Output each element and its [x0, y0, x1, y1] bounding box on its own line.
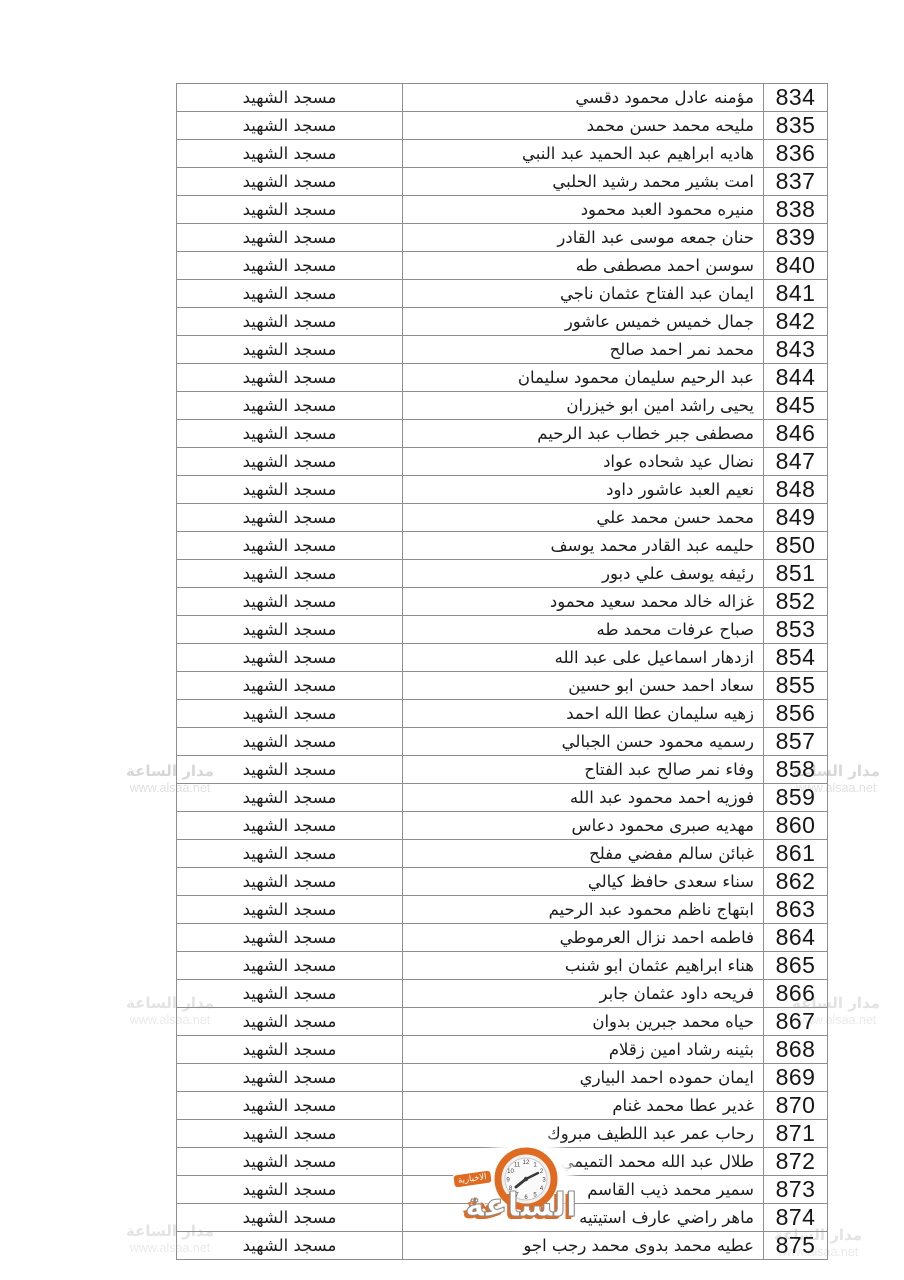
serial-number-cell: 848 — [764, 476, 828, 504]
table-row: 855سعاد احمد حسن ابو حسينمسجد الشهيد — [177, 672, 828, 700]
person-name-cell: نعيم العبد عاشور داود — [403, 476, 764, 504]
table-row: 838منيره محمود العبد محمودمسجد الشهيد — [177, 196, 828, 224]
person-name-cell: صباح عرفات محمد طه — [403, 616, 764, 644]
table-row: 862سناء سعدى حافظ كياليمسجد الشهيد — [177, 868, 828, 896]
mosque-cell: مسجد الشهيد — [177, 252, 403, 280]
mosque-cell: مسجد الشهيد — [177, 140, 403, 168]
table-row: 860مهديه صبرى محمود دعاسمسجد الشهيد — [177, 812, 828, 840]
person-name-cell: نضال عيد شحاده عواد — [403, 448, 764, 476]
serial-number-cell: 862 — [764, 868, 828, 896]
serial-number-cell: 874 — [764, 1204, 828, 1232]
serial-number-cell: 867 — [764, 1008, 828, 1036]
serial-number-cell: 852 — [764, 588, 828, 616]
person-name-cell: رسميه محمود حسن الجبالي — [403, 728, 764, 756]
person-name-cell: وفاء نمر صالح عبد الفتاح — [403, 756, 764, 784]
mosque-cell: مسجد الشهيد — [177, 196, 403, 224]
roster-table-body: 834مؤمنه عادل محمود دقسيمسجد الشهيد835مل… — [177, 84, 828, 1260]
mosque-cell: مسجد الشهيد — [177, 280, 403, 308]
person-name-cell: مليحه محمد حسن محمد — [403, 112, 764, 140]
scanned-roster-page: { "table": { "mosque_label": "مسجد الشهي… — [0, 0, 904, 1280]
serial-number-cell: 872 — [764, 1148, 828, 1176]
person-name-cell: هناء ابراهيم عثمان ابو شنب — [403, 952, 764, 980]
mosque-cell: مسجد الشهيد — [177, 588, 403, 616]
table-row: 863ابتهاج ناظم محمود عبد الرحيممسجد الشه… — [177, 896, 828, 924]
table-row: 848نعيم العبد عاشور داودمسجد الشهيد — [177, 476, 828, 504]
svg-text:12: 12 — [523, 1160, 530, 1166]
table-row: 866فريحه داود عثمان جابرمسجد الشهيد — [177, 980, 828, 1008]
mosque-cell: مسجد الشهيد — [177, 980, 403, 1008]
person-name-cell: جمال خميس خميس عاشور — [403, 308, 764, 336]
table-row: 851رئيفه يوسف علي دبورمسجد الشهيد — [177, 560, 828, 588]
serial-number-cell: 841 — [764, 280, 828, 308]
serial-number-cell: 846 — [764, 420, 828, 448]
person-name-cell: ايمان عبد الفتاح عثمان ناجي — [403, 280, 764, 308]
mosque-cell: مسجد الشهيد — [177, 308, 403, 336]
mosque-cell: مسجد الشهيد — [177, 420, 403, 448]
serial-number-cell: 851 — [764, 560, 828, 588]
mosque-cell: مسجد الشهيد — [177, 784, 403, 812]
serial-number-cell: 857 — [764, 728, 828, 756]
person-name-cell: محمد نمر احمد صالح — [403, 336, 764, 364]
person-name-cell: سعاد احمد حسن ابو حسين — [403, 672, 764, 700]
person-name-cell: يحيى راشد امين ابو خيزران — [403, 392, 764, 420]
table-row: 856زهيه سليمان عطا الله احمدمسجد الشهيد — [177, 700, 828, 728]
serial-number-cell: 842 — [764, 308, 828, 336]
table-row: 844عبد الرحيم سليمان محمود سليمانمسجد ال… — [177, 364, 828, 392]
mosque-cell: مسجد الشهيد — [177, 952, 403, 980]
table-row: 845يحيى راشد امين ابو خيزرانمسجد الشهيد — [177, 392, 828, 420]
serial-number-cell: 861 — [764, 840, 828, 868]
person-name-cell: فاطمه احمد نزال العرموطي — [403, 924, 764, 952]
mosque-cell: مسجد الشهيد — [177, 336, 403, 364]
mosque-cell: مسجد الشهيد — [177, 616, 403, 644]
serial-number-cell: 863 — [764, 896, 828, 924]
table-row: 850حليمه عبد القادر محمد يوسفمسجد الشهيد — [177, 532, 828, 560]
serial-number-cell: 847 — [764, 448, 828, 476]
mosque-cell: مسجد الشهيد — [177, 476, 403, 504]
svg-text:10: 10 — [507, 1169, 514, 1175]
person-name-cell: مهديه صبرى محمود دعاس — [403, 812, 764, 840]
logo-word-main: الساعة — [446, 1185, 596, 1224]
person-name-cell: مؤمنه عادل محمود دقسي — [403, 84, 764, 112]
table-row: 852غزاله خالد محمد سعيد محمودمسجد الشهيد — [177, 588, 828, 616]
table-row: 837امت بشير محمد رشيد الحلبيمسجد الشهيد — [177, 168, 828, 196]
mosque-cell: مسجد الشهيد — [177, 112, 403, 140]
serial-number-cell: 868 — [764, 1036, 828, 1064]
person-name-cell: بثينه رشاد امين زقلام — [403, 1036, 764, 1064]
serial-number-cell: 849 — [764, 504, 828, 532]
person-name-cell: حنان جمعه موسى عبد القادر — [403, 224, 764, 252]
person-name-cell: سناء سعدى حافظ كيالي — [403, 868, 764, 896]
serial-number-cell: 864 — [764, 924, 828, 952]
news-agency-logo: 1212 345 678 91011 الاخبارية مدار الساعة — [438, 1143, 618, 1253]
mosque-cell: مسجد الشهيد — [177, 924, 403, 952]
mosque-cell: مسجد الشهيد — [177, 1036, 403, 1064]
mosque-cell: مسجد الشهيد — [177, 700, 403, 728]
martyrs-roster-table: 834مؤمنه عادل محمود دقسيمسجد الشهيد835مل… — [176, 83, 828, 1260]
table-row: 849محمد حسن محمد عليمسجد الشهيد — [177, 504, 828, 532]
serial-number-cell: 836 — [764, 140, 828, 168]
mosque-cell: مسجد الشهيد — [177, 1148, 403, 1176]
serial-number-cell: 838 — [764, 196, 828, 224]
serial-number-cell: 839 — [764, 224, 828, 252]
mosque-cell: مسجد الشهيد — [177, 84, 403, 112]
table-row: 857رسميه محمود حسن الجباليمسجد الشهيد — [177, 728, 828, 756]
table-row: 859فوزيه احمد محمود عبد اللهمسجد الشهيد — [177, 784, 828, 812]
serial-number-cell: 843 — [764, 336, 828, 364]
serial-number-cell: 856 — [764, 700, 828, 728]
serial-number-cell: 835 — [764, 112, 828, 140]
mosque-cell: مسجد الشهيد — [177, 896, 403, 924]
person-name-cell: ازدهار اسماعيل على عبد الله — [403, 644, 764, 672]
serial-number-cell: 869 — [764, 1064, 828, 1092]
person-name-cell: مصطفى جبر خطاب عبد الرحيم — [403, 420, 764, 448]
mosque-cell: مسجد الشهيد — [177, 756, 403, 784]
mosque-cell: مسجد الشهيد — [177, 1120, 403, 1148]
person-name-cell: هاديه ابراهيم عبد الحميد عبد النبي — [403, 140, 764, 168]
mosque-cell: مسجد الشهيد — [177, 644, 403, 672]
table-row: 847نضال عيد شحاده عوادمسجد الشهيد — [177, 448, 828, 476]
person-name-cell: امت بشير محمد رشيد الحلبي — [403, 168, 764, 196]
table-row: 865هناء ابراهيم عثمان ابو شنبمسجد الشهيد — [177, 952, 828, 980]
mosque-cell: مسجد الشهيد — [177, 560, 403, 588]
serial-number-cell: 850 — [764, 532, 828, 560]
person-name-cell: سوسن احمد مصطفى طه — [403, 252, 764, 280]
table-row: 836هاديه ابراهيم عبد الحميد عبد النبيمسج… — [177, 140, 828, 168]
serial-number-cell: 860 — [764, 812, 828, 840]
mosque-cell: مسجد الشهيد — [177, 812, 403, 840]
table-row: 861غبائن سالم مفضي مفلحمسجد الشهيد — [177, 840, 828, 868]
table-row: 869ايمان حموده احمد البياريمسجد الشهيد — [177, 1064, 828, 1092]
serial-number-cell: 854 — [764, 644, 828, 672]
mosque-cell: مسجد الشهيد — [177, 392, 403, 420]
table-row: 846مصطفى جبر خطاب عبد الرحيممسجد الشهيد — [177, 420, 828, 448]
mosque-cell: مسجد الشهيد — [177, 1232, 403, 1260]
table-row: 854ازدهار اسماعيل على عبد اللهمسجد الشهي… — [177, 644, 828, 672]
person-name-cell: منيره محمود العبد محمود — [403, 196, 764, 224]
serial-number-cell: 873 — [764, 1176, 828, 1204]
mosque-cell: مسجد الشهيد — [177, 1176, 403, 1204]
table-row: 840سوسن احمد مصطفى طهمسجد الشهيد — [177, 252, 828, 280]
person-name-cell: فوزيه احمد محمود عبد الله — [403, 784, 764, 812]
person-name-cell: فريحه داود عثمان جابر — [403, 980, 764, 1008]
person-name-cell: غبائن سالم مفضي مفلح — [403, 840, 764, 868]
table-row: 839حنان جمعه موسى عبد القادرمسجد الشهيد — [177, 224, 828, 252]
person-name-cell: ابتهاج ناظم محمود عبد الرحيم — [403, 896, 764, 924]
mosque-cell: مسجد الشهيد — [177, 1008, 403, 1036]
serial-number-cell: 859 — [764, 784, 828, 812]
mosque-cell: مسجد الشهيد — [177, 1064, 403, 1092]
mosque-cell: مسجد الشهيد — [177, 224, 403, 252]
person-name-cell: رئيفه يوسف علي دبور — [403, 560, 764, 588]
serial-number-cell: 837 — [764, 168, 828, 196]
person-name-cell: عبد الرحيم سليمان محمود سليمان — [403, 364, 764, 392]
table-row: 843محمد نمر احمد صالحمسجد الشهيد — [177, 336, 828, 364]
table-row: 858وفاء نمر صالح عبد الفتاحمسجد الشهيد — [177, 756, 828, 784]
mosque-cell: مسجد الشهيد — [177, 868, 403, 896]
table-row: 867حياه محمد جبرين بدوانمسجد الشهيد — [177, 1008, 828, 1036]
mosque-cell: مسجد الشهيد — [177, 728, 403, 756]
serial-number-cell: 844 — [764, 364, 828, 392]
serial-number-cell: 853 — [764, 616, 828, 644]
table-row: 834مؤمنه عادل محمود دقسيمسجد الشهيد — [177, 84, 828, 112]
mosque-cell: مسجد الشهيد — [177, 1092, 403, 1120]
serial-number-cell: 875 — [764, 1232, 828, 1260]
table-row: 835مليحه محمد حسن محمدمسجد الشهيد — [177, 112, 828, 140]
mosque-cell: مسجد الشهيد — [177, 364, 403, 392]
serial-number-cell: 865 — [764, 952, 828, 980]
table-row: 842جمال خميس خميس عاشورمسجد الشهيد — [177, 308, 828, 336]
serial-number-cell: 866 — [764, 980, 828, 1008]
serial-number-cell: 834 — [764, 84, 828, 112]
serial-number-cell: 855 — [764, 672, 828, 700]
mosque-cell: مسجد الشهيد — [177, 532, 403, 560]
table-row: 870غدير عطا محمد غناممسجد الشهيد — [177, 1092, 828, 1120]
serial-number-cell: 870 — [764, 1092, 828, 1120]
table-row: 864فاطمه احمد نزال العرموطيمسجد الشهيد — [177, 924, 828, 952]
table-row: 841ايمان عبد الفتاح عثمان ناجيمسجد الشهي… — [177, 280, 828, 308]
person-name-cell: حياه محمد جبرين بدوان — [403, 1008, 764, 1036]
person-name-cell: حليمه عبد القادر محمد يوسف — [403, 532, 764, 560]
table-row: 868بثينه رشاد امين زقلاممسجد الشهيد — [177, 1036, 828, 1064]
mosque-cell: مسجد الشهيد — [177, 672, 403, 700]
mosque-cell: مسجد الشهيد — [177, 448, 403, 476]
person-name-cell: غدير عطا محمد غنام — [403, 1092, 764, 1120]
serial-number-cell: 840 — [764, 252, 828, 280]
mosque-cell: مسجد الشهيد — [177, 1204, 403, 1232]
serial-number-cell: 858 — [764, 756, 828, 784]
svg-text:11: 11 — [514, 1163, 521, 1169]
mosque-cell: مسجد الشهيد — [177, 504, 403, 532]
mosque-cell: مسجد الشهيد — [177, 840, 403, 868]
person-name-cell: محمد حسن محمد علي — [403, 504, 764, 532]
person-name-cell: ايمان حموده احمد البياري — [403, 1064, 764, 1092]
serial-number-cell: 871 — [764, 1120, 828, 1148]
serial-number-cell: 845 — [764, 392, 828, 420]
mosque-cell: مسجد الشهيد — [177, 168, 403, 196]
table-row: 853صباح عرفات محمد طهمسجد الشهيد — [177, 616, 828, 644]
person-name-cell: غزاله خالد محمد سعيد محمود — [403, 588, 764, 616]
person-name-cell: زهيه سليمان عطا الله احمد — [403, 700, 764, 728]
